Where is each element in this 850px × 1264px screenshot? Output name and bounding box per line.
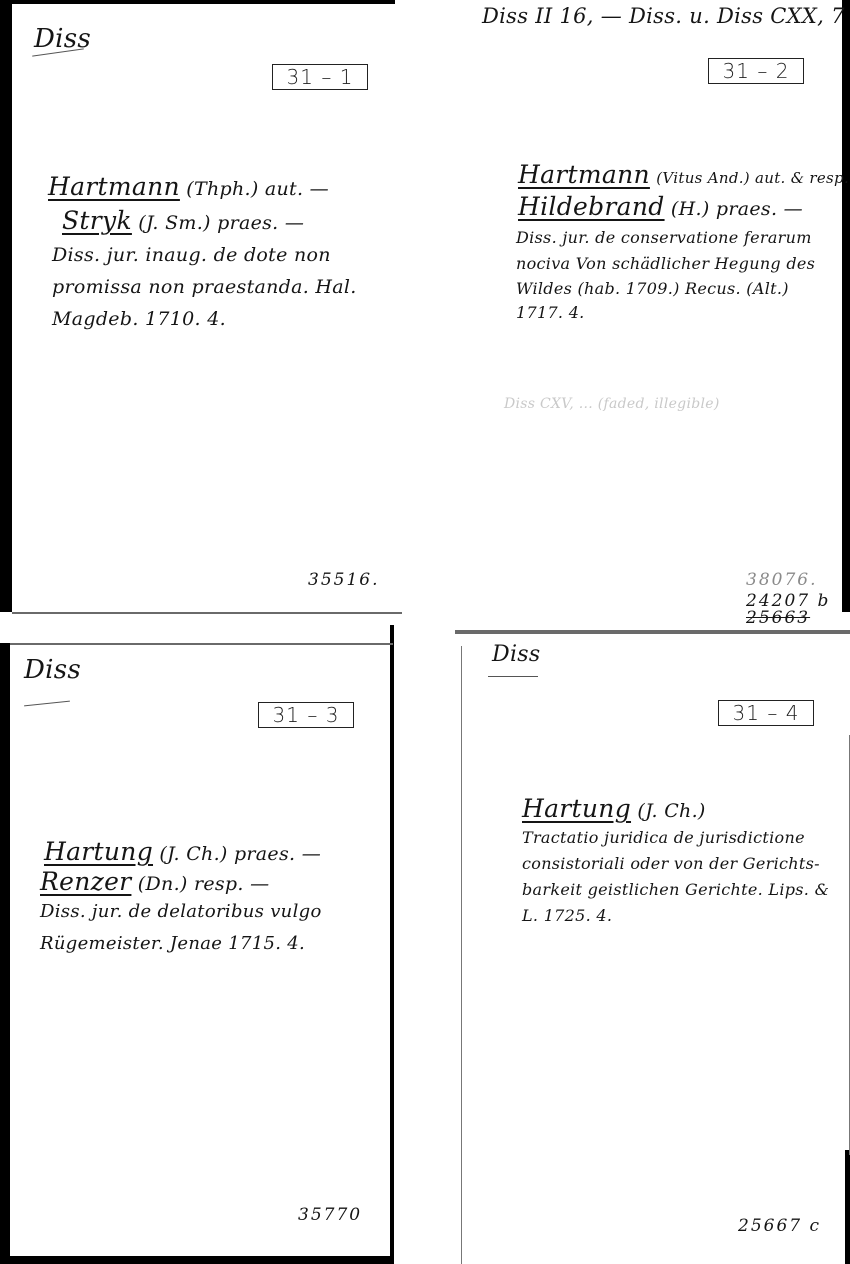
- shelf-reference-note: Diss II 16, — Diss. u. Diss CXX, 7: [482, 4, 845, 28]
- call-number-box: 31 – 1: [272, 64, 368, 90]
- author-role: (J. Ch.): [637, 800, 705, 822]
- abbr-underline: [24, 701, 70, 707]
- entry-title-line-1: Diss. jur. de delatoribus vulgo: [40, 901, 322, 922]
- scan-edge-bottom-left: [0, 1256, 394, 1264]
- card-1-bottom-edge: [12, 612, 402, 614]
- scan-edge-right-top: [842, 0, 850, 612]
- entry-title-line-2: promissa non praestanda. Hal.: [52, 276, 357, 298]
- entry-line-author: Hartung (J. Ch.): [522, 794, 706, 823]
- entry-line-praeses: Hartung (J. Ch.) praes. —: [44, 837, 321, 866]
- shelf-abbreviation: Diss: [24, 655, 81, 685]
- entry-title-line-2: consistoriali oder von der Gerichts-: [522, 854, 820, 873]
- praeses-name: Hartung: [44, 837, 153, 866]
- entry-title-line-2: nociva Von schädlicher Hegung des: [516, 254, 815, 273]
- accession-number-3: 25663: [746, 608, 810, 628]
- author-name: Hartmann: [48, 172, 180, 201]
- scan-edge-left-top: [0, 0, 12, 612]
- catalog-card-4: Diss 31 – 4 Hartung (J. Ch.) Tractatio j…: [462, 634, 845, 1264]
- entry-imprint-line: Magdeb. 1710. 4.: [52, 308, 226, 330]
- catalog-card-2: Diss II 16, — Diss. u. Diss CXX, 7 31 – …: [460, 0, 842, 630]
- author-name: Hartung: [522, 794, 631, 823]
- faded-note: Diss CXV, ... (faded, illegible): [504, 396, 720, 412]
- call-number-box: 31 – 4: [718, 700, 814, 726]
- praeses-role: (J. Ch.) praes. —: [159, 843, 321, 865]
- abbr-underline: [488, 676, 538, 677]
- entry-title-line-3: barkeit geistlichen Gerichte. Lips. &: [522, 880, 829, 899]
- entry-title-line-1: Tractatio juridica de jurisdictione: [522, 828, 805, 847]
- praeses-role: (J. Sm.) praes. —: [138, 212, 304, 234]
- catalog-card-3: Diss 31 – 3 Hartung (J. Ch.) praes. — Re…: [10, 645, 390, 1256]
- entry-title-line-1: Diss. jur. de conservatione ferarum: [516, 228, 812, 247]
- respondent-role: (Dn.) resp. —: [138, 873, 270, 895]
- accession-number-1: 38076.: [746, 570, 817, 590]
- entry-line-respondent: Renzer (Dn.) resp. —: [40, 867, 269, 896]
- praeses-role: (H.) praes. —: [671, 198, 803, 220]
- entry-title-line-1: Diss. jur. inaug. de dote non: [52, 244, 331, 266]
- accession-number: 25667 c: [738, 1216, 821, 1236]
- author-name: Hartmann: [518, 160, 650, 189]
- shelf-abbreviation: Diss: [492, 642, 540, 667]
- entry-imprint-line: 1717. 4.: [516, 303, 585, 322]
- author-role: (Thph.) aut. —: [186, 178, 329, 200]
- entry-imprint-line: Rügemeister. Jenae 1715. 4.: [40, 933, 305, 954]
- entry-title-line-3: Wildes (hab. 1709.) Recus. (Alt.): [516, 279, 789, 298]
- catalog-card-1: Diss 31 – 1 Hartmann (Thph.) aut. — Stry…: [12, 4, 395, 612]
- entry-line-author: Hartmann (Vitus And.) aut. & resp.: [518, 160, 849, 189]
- accession-number: 35770: [298, 1205, 362, 1225]
- scan-edge-right-bottom: [845, 1150, 850, 1264]
- scan-edge-gutter-bottom: [390, 625, 394, 1264]
- praeses-name: Hildebrand: [518, 192, 665, 221]
- respondent-name: Renzer: [40, 867, 131, 896]
- praeses-name: Stryk: [62, 206, 132, 235]
- entry-imprint-line: L. 1725. 4.: [522, 906, 612, 925]
- call-number-box: 31 – 2: [708, 58, 804, 84]
- author-role: (Vitus And.) aut. & resp.: [656, 169, 849, 187]
- scan-edge-left-bottom: [0, 643, 10, 1264]
- entry-line-praeses: Hildebrand (H.) praes. —: [518, 192, 803, 221]
- call-number-box: 31 – 3: [258, 702, 354, 728]
- accession-number: 35516.: [308, 570, 379, 590]
- entry-line-author: Hartmann (Thph.) aut. —: [48, 172, 329, 201]
- entry-line-praeses: Stryk (J. Sm.) praes. —: [62, 206, 304, 235]
